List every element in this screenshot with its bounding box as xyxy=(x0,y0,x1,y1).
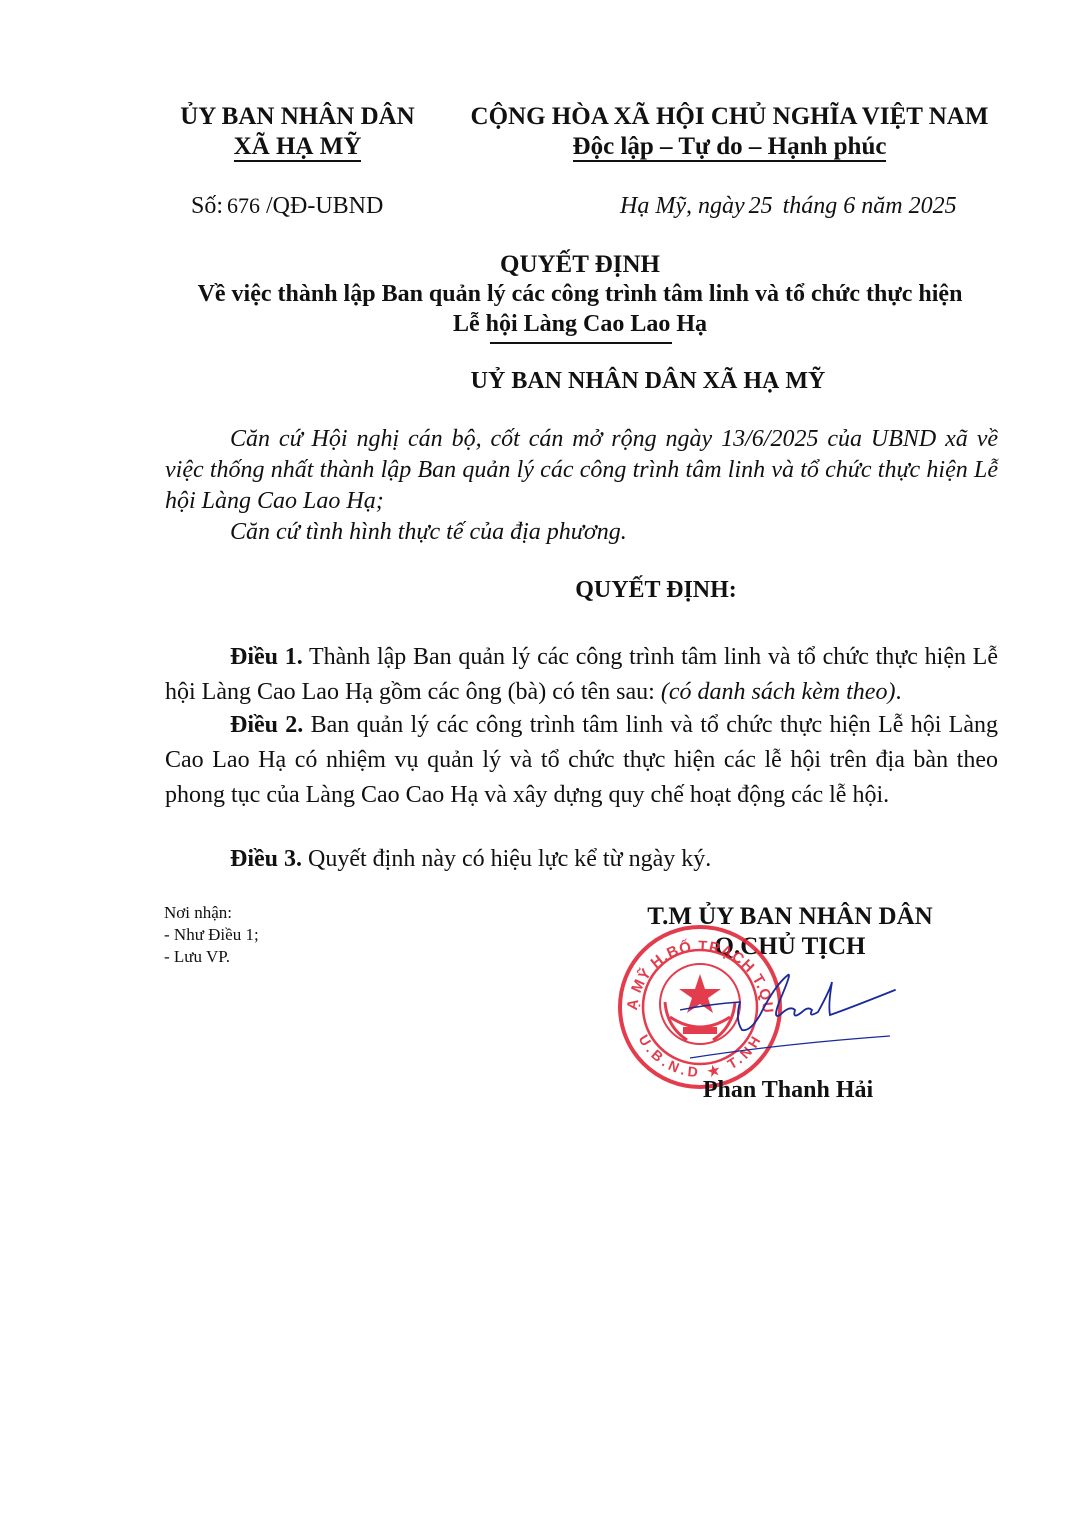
article-2-label: Điều 2. xyxy=(230,712,303,738)
article-1-end: . xyxy=(895,679,901,705)
national-motto-header: CỘNG HÒA XÃ HỘI CHỦ NGHĨA VIỆT NAM Độc l… xyxy=(452,102,1007,162)
handwritten-signature xyxy=(680,960,910,1060)
number-suffix: /QĐ-UBND xyxy=(266,193,383,219)
document-type-heading: QUYẾT ĐỊNH xyxy=(80,251,1080,279)
issuer-heading: UỶ BAN NHÂN DÂN XÃ HẠ MỸ xyxy=(148,368,1080,395)
number-prefix: Số: xyxy=(191,193,223,219)
issuing-authority-header: ỦY BAN NHÂN DÂN XÃ HẠ MỸ xyxy=(160,102,435,162)
document-subject-line-1: Về việc thành lập Ban quản lý các công t… xyxy=(80,281,1080,308)
date-place: Hạ Mỹ, ngày xyxy=(620,193,745,219)
article-3: Điều 3. Quyết định này có hiệu lực kể từ… xyxy=(165,842,998,877)
country-name: CỘNG HÒA XÃ HỘI CHỦ NGHĨA VIỆT NAM xyxy=(452,102,1007,132)
signer-name: Phan Thanh Hải xyxy=(598,1077,978,1104)
commune-name: XÃ HẠ MỸ xyxy=(234,133,362,162)
decision-heading: QUYẾT ĐỊNH: xyxy=(80,577,1080,604)
document-date: Hạ Mỹ, ngày25 tháng 6 năm 2025 xyxy=(620,193,957,220)
preamble-basis-1: Căn cứ Hội nghị cán bộ, cốt cán mở rộng … xyxy=(165,424,998,517)
article-1-note: (có danh sách kèm theo) xyxy=(661,679,896,705)
article-1: Điều 1. Thành lập Ban quản lý các công t… xyxy=(165,640,998,710)
national-motto: Độc lập – Tự do – Hạnh phúc xyxy=(573,133,887,162)
article-3-text: Quyết định này có hiệu lực kể từ ngày ký… xyxy=(302,846,711,872)
recipients-label: Nơi nhận: xyxy=(164,902,259,924)
authority-name: ỦY BAN NHÂN DÂN xyxy=(160,102,435,132)
date-day: 25 xyxy=(749,193,773,219)
recipient-item: - Như Điều 1; xyxy=(164,924,259,946)
date-month-year: tháng 6 năm 2025 xyxy=(783,193,957,219)
title-divider xyxy=(490,342,672,344)
document-number: Số:676/QĐ-UBND xyxy=(191,193,383,220)
document-subject-line-2: Lễ hội Làng Cao Lao Hạ xyxy=(80,311,1080,338)
recipients-block: Nơi nhận: - Như Điều 1; - Lưu VP. xyxy=(164,902,259,968)
article-1-label: Điều 1. xyxy=(230,644,303,670)
recipient-item: - Lưu VP. xyxy=(164,946,259,968)
article-2: Điều 2. Ban quản lý các công trình tâm l… xyxy=(165,708,998,813)
number-value: 676 xyxy=(227,193,260,218)
article-3-label: Điều 3. xyxy=(230,846,302,872)
preamble-basis-2: Căn cứ tình hình thực tế của địa phương. xyxy=(165,517,998,548)
